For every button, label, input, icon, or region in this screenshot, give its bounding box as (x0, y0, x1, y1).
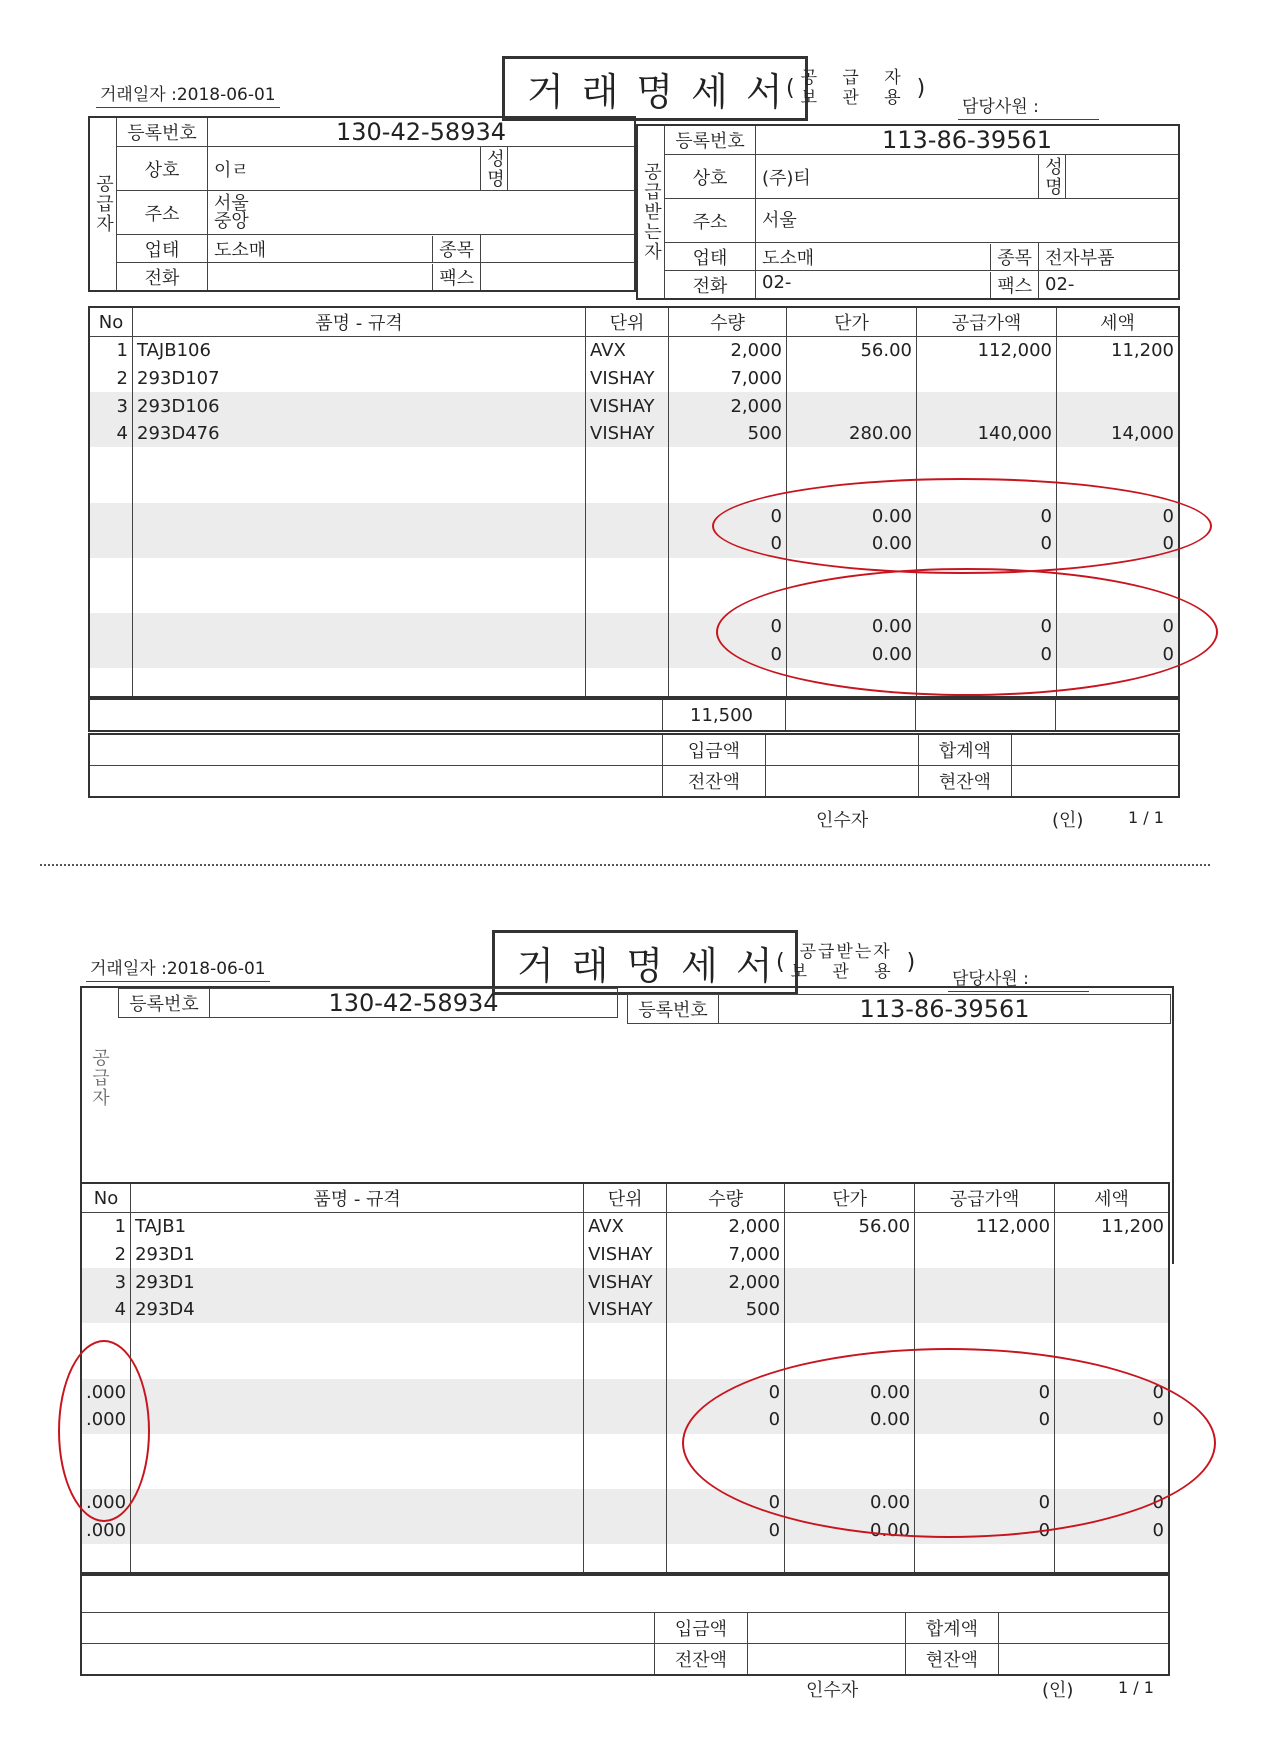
buyer-info: 공급받는자 등록번호 113-86-39561 상호 (주)티 성명 주소 서울… (636, 124, 1180, 300)
empty-cell (81, 1323, 131, 1351)
row-qty: 7,000 (667, 1241, 785, 1269)
empty-cell (915, 1544, 1055, 1573)
row-no: 4 (81, 1296, 131, 1324)
empty-cell (131, 1323, 584, 1351)
row-price: 0.00 (785, 1516, 915, 1544)
reg-no-label: 등록번호 (117, 117, 208, 147)
row-qty: 0 (669, 530, 787, 558)
empty-cell (667, 1461, 785, 1489)
empty-row (89, 558, 1179, 586)
row-price (787, 392, 917, 420)
page-number: 1 / 1 (1128, 808, 1164, 827)
row-no: 2 (81, 1241, 131, 1269)
row-amount (915, 1296, 1055, 1324)
row-price: 56.00 (787, 337, 917, 365)
items-header-row: No 품명 - 규격 단위 수량 단가 공급가액 세액 (89, 307, 1179, 337)
col-tax: 세액 (1055, 1183, 1169, 1213)
buyer-representative (1066, 155, 1180, 199)
empty-cell (1055, 1544, 1169, 1573)
receiver-label: 인수자 (806, 1676, 858, 1702)
col-no: No (81, 1183, 131, 1213)
row-tax: 0 (1057, 503, 1180, 531)
copy-label-line1: 공 급 자 (801, 68, 911, 88)
row-price (785, 1241, 915, 1269)
empty-cell (669, 447, 787, 475)
empty-cell (586, 585, 669, 613)
row-price (785, 1296, 915, 1324)
row-price: 0.00 (787, 640, 917, 668)
col-tax: 세액 (1057, 307, 1180, 337)
empty-cell (915, 1351, 1055, 1379)
row-amount (917, 392, 1057, 420)
close-paren: ) (917, 76, 926, 101)
receiver-label: 인수자 (816, 806, 868, 832)
row-amount: 0 (915, 1489, 1055, 1517)
company-label: 상호 (665, 155, 756, 199)
date-label: 거래일자 : (100, 85, 177, 105)
balance-footer: 입금액 합계액 전잔액 현잔액 (80, 1574, 1170, 1676)
copy-label: ( 공 급 자보 관 용 ) (786, 68, 925, 108)
row-no (89, 613, 133, 641)
table-row: 1TAJB1AVX2,00056.00112,00011,200 (81, 1213, 1169, 1241)
empty-cell (81, 1461, 131, 1489)
empty-cell (1057, 585, 1180, 613)
row-tax: 11,200 (1055, 1213, 1169, 1241)
row-qty: 0 (669, 613, 787, 641)
row-amount: 0 (917, 613, 1057, 641)
empty-row (89, 475, 1179, 503)
business-type-label: 업태 (665, 243, 756, 271)
empty-cell (133, 558, 586, 586)
empty-cell (785, 1351, 915, 1379)
empty-cell (81, 1351, 131, 1379)
deposit-label: 입금액 (663, 734, 766, 766)
row-amount (915, 1268, 1055, 1296)
row-qty: 0 (667, 1406, 785, 1434)
row-unit (586, 503, 669, 531)
row-tax (1055, 1268, 1169, 1296)
row-item (131, 1406, 584, 1434)
supplier-address: 서울 중앙 (208, 191, 636, 235)
row-tax: 0 (1055, 1516, 1169, 1544)
row-no: .000 (81, 1516, 131, 1544)
row-no (89, 640, 133, 668)
empty-cell (917, 668, 1057, 697)
empty-cell (131, 1351, 584, 1379)
row-qty: 0 (667, 1516, 785, 1544)
empty-cell (917, 475, 1057, 503)
reg-no-label: 등록번호 (628, 995, 719, 1024)
copy-label-line2: 보 관 용 (801, 88, 911, 108)
empty-cell (917, 585, 1057, 613)
row-unit: VISHAY (584, 1268, 667, 1296)
empty-cell (584, 1461, 667, 1489)
phone-label: 전화 (665, 271, 756, 300)
row-item (133, 640, 586, 668)
phone-label: 전화 (117, 263, 208, 292)
row-tax: 0 (1055, 1379, 1169, 1407)
amount-total (916, 699, 1056, 731)
empty-cell (785, 1434, 915, 1462)
address-line1: 서울 (214, 195, 628, 213)
empty-row (81, 1323, 1169, 1351)
invoice-copy-supplier: 거래일자 :2018-06-01 거래명세서 ( 공 급 자보 관 용 ) 담당… (0, 0, 1275, 840)
empty-cell (89, 475, 133, 503)
row-unit (586, 530, 669, 558)
row-item: 293D4 (131, 1296, 584, 1324)
row-amount: 0 (915, 1516, 1055, 1544)
col-price: 단가 (785, 1183, 915, 1213)
supplier-business-type: 도소매 종목 (208, 235, 481, 263)
row-amount: 0 (915, 1406, 1055, 1434)
row-qty: 2,000 (667, 1268, 785, 1296)
empty-cell (584, 1544, 667, 1573)
price-total-blank (786, 699, 916, 731)
empty-cell (586, 447, 669, 475)
supplier-reg-no: 130-42-58934 (208, 117, 636, 147)
tax-total (1056, 699, 1180, 731)
row-no: 1 (89, 337, 133, 365)
empty-cell (785, 1323, 915, 1351)
buyer-reg-no: 113-86-39561 (756, 125, 1180, 155)
row-item (133, 613, 586, 641)
empty-cell (133, 668, 586, 697)
empty-cell (81, 1434, 131, 1462)
supplier-reg-no: 130-42-58934 (210, 989, 618, 1018)
empty-row (89, 668, 1179, 697)
empty-cell (787, 475, 917, 503)
col-unit: 단위 (584, 1183, 667, 1213)
row-item: 293D476 (133, 420, 586, 448)
supplier-info: 공급자 등록번호 130-42-58934 상호 이ㄹ 성명 주소 서울 중앙 … (88, 116, 636, 292)
empty-cell (1055, 1434, 1169, 1462)
supplier-item (481, 235, 636, 263)
row-qty: 2,000 (667, 1213, 785, 1241)
row-unit: AVX (584, 1213, 667, 1241)
current-balance-label: 현잔액 (906, 1644, 999, 1676)
business-type-label: 업태 (117, 235, 208, 263)
date-value: 2018-06-01 (177, 85, 276, 105)
deposit-value (766, 734, 919, 766)
buyer-phone: 02- 팩스 (756, 271, 1039, 300)
row-amount (917, 365, 1057, 393)
row-tax: 0 (1057, 613, 1180, 641)
empty-cell (586, 668, 669, 697)
manager-field: 담당사원 : (958, 92, 1099, 120)
sum-label: 합계액 (919, 734, 1012, 766)
footer-blank (89, 766, 663, 798)
items-header-row: No 품명 - 규격 단위 수량 단가 공급가액 세액 (81, 1183, 1169, 1213)
empty-cell (1057, 558, 1180, 586)
prev-balance-value (766, 766, 919, 798)
empty-cell (915, 1434, 1055, 1462)
empty-cell (787, 585, 917, 613)
row-qty: 2,000 (669, 392, 787, 420)
col-item: 품명 - 규격 (131, 1183, 584, 1213)
empty-cell (81, 1544, 131, 1573)
row-unit: AVX (586, 337, 669, 365)
row-price (787, 365, 917, 393)
document-title: 거래명세서 (502, 56, 808, 121)
row-tax: 0 (1057, 640, 1180, 668)
col-item: 품명 - 규격 (133, 307, 586, 337)
row-qty: 0 (667, 1379, 785, 1407)
current-balance-value (999, 1644, 1170, 1676)
row-qty: 500 (667, 1296, 785, 1324)
empty-cell (785, 1461, 915, 1489)
empty-cell (1055, 1461, 1169, 1489)
col-amount: 공급가액 (915, 1183, 1055, 1213)
reg-no-label: 등록번호 (119, 989, 210, 1018)
fax-label: 팩스 (432, 264, 480, 290)
date-label: 거래일자 : (90, 959, 167, 979)
col-unit: 단위 (586, 307, 669, 337)
row-qty: 0 (669, 503, 787, 531)
table-row: 1TAJB106AVX2,00056.00112,00011,200 (89, 337, 1179, 365)
row-item (131, 1489, 584, 1517)
supplier-phone: 팩스 (208, 263, 481, 292)
row-price: 0.00 (785, 1379, 915, 1407)
buyer-reg-no: 113-86-39561 (719, 995, 1171, 1024)
empty-cell (1057, 447, 1180, 475)
deposit-label: 입금액 (655, 1613, 748, 1644)
col-qty: 수량 (667, 1183, 785, 1213)
row-qty: 7,000 (669, 365, 787, 393)
row-price: 56.00 (785, 1213, 915, 1241)
row-price: 0.00 (787, 613, 917, 641)
zero-row: .00000.0000 (81, 1379, 1169, 1407)
row-unit (584, 1516, 667, 1544)
row-tax: 0 (1055, 1406, 1169, 1434)
company-label: 상호 (117, 147, 208, 191)
col-price: 단가 (787, 307, 917, 337)
supplier-section-label: 공급자 (86, 1048, 112, 1108)
row-price: 280.00 (787, 420, 917, 448)
address-label: 주소 (117, 191, 208, 235)
totals-blank (89, 699, 663, 731)
buyer-fax: 02- (1039, 271, 1180, 300)
prev-balance-label: 전잔액 (655, 1644, 748, 1676)
row-item: 293D1 (131, 1268, 584, 1296)
open-paren: ( (776, 950, 785, 975)
empty-row (81, 1461, 1169, 1489)
row-price: 0.00 (785, 1406, 915, 1434)
reg-no-label: 등록번호 (665, 125, 756, 155)
empty-cell (131, 1434, 584, 1462)
row-no: .000 (81, 1489, 131, 1517)
row-unit (584, 1489, 667, 1517)
table-row: 4293D476VISHAY500280.00140,00014,000 (89, 420, 1179, 448)
buyer-address: 서울 (756, 199, 1180, 243)
empty-cell (669, 558, 787, 586)
row-amount: 112,000 (915, 1213, 1055, 1241)
empty-cell (787, 668, 917, 697)
copy-label-line2: 보 관 용 (791, 962, 901, 982)
name-label: 성명 (481, 147, 508, 191)
supplier-section-label: 공급자 (89, 117, 117, 291)
empty-cell (584, 1351, 667, 1379)
row-tax: 0 (1057, 530, 1180, 558)
empty-row (81, 1544, 1169, 1573)
row-tax (1057, 392, 1180, 420)
row-tax (1057, 365, 1180, 393)
name-label: 성명 (1039, 155, 1066, 199)
address-line1: 서울 (762, 212, 1172, 230)
empty-cell (1057, 668, 1180, 697)
totals-blank (81, 1575, 1169, 1613)
zero-row: .00000.0000 (81, 1516, 1169, 1544)
row-item (131, 1379, 584, 1407)
buyer-item: 전자부품 (1039, 243, 1180, 271)
supplier-representative (508, 147, 636, 191)
address-label: 주소 (665, 199, 756, 243)
current-balance-value (1012, 766, 1180, 798)
item-label: 종목 (432, 236, 480, 262)
supplier-fax (481, 263, 636, 292)
empty-cell (917, 558, 1057, 586)
row-unit: VISHAY (584, 1296, 667, 1324)
row-no (89, 530, 133, 558)
footer-blank (81, 1613, 655, 1644)
prev-balance-label: 전잔액 (663, 766, 766, 798)
row-price (785, 1268, 915, 1296)
items-table: No 품명 - 규격 단위 수량 단가 공급가액 세액 1TAJB1AVX2,0… (80, 1182, 1170, 1574)
table-row: 2293D1VISHAY7,000 (81, 1241, 1169, 1269)
zero-row: 00.0000 (89, 530, 1179, 558)
empty-cell (669, 585, 787, 613)
row-unit: VISHAY (586, 365, 669, 393)
row-item: TAJB1 (131, 1213, 584, 1241)
transaction-date: 거래일자 :2018-06-01 (86, 954, 270, 982)
address-line2: 중앙 (214, 213, 628, 231)
row-qty: 500 (669, 420, 787, 448)
zero-row: .00000.0000 (81, 1489, 1169, 1517)
zero-row: .00000.0000 (81, 1406, 1169, 1434)
footer-blank (89, 734, 663, 766)
empty-cell (89, 668, 133, 697)
empty-cell (787, 447, 917, 475)
row-item (131, 1516, 584, 1544)
buyer-company: (주)티 (756, 155, 1039, 199)
empty-cell (785, 1544, 915, 1573)
empty-cell (1055, 1351, 1169, 1379)
balance-footer: 입금액 합계액 전잔액 현잔액 (88, 733, 1180, 798)
row-qty: 0 (667, 1489, 785, 1517)
empty-cell (133, 475, 586, 503)
row-unit (586, 640, 669, 668)
transaction-date: 거래일자 :2018-06-01 (96, 80, 280, 108)
empty-cell (669, 475, 787, 503)
row-no (89, 503, 133, 531)
item-label: 종목 (990, 244, 1038, 270)
row-unit (586, 613, 669, 641)
row-no: 3 (89, 392, 133, 420)
empty-cell (89, 447, 133, 475)
row-amount: 0 (917, 530, 1057, 558)
close-paren: ) (907, 950, 916, 975)
empty-cell (586, 475, 669, 503)
row-no: 4 (89, 420, 133, 448)
empty-cell (915, 1461, 1055, 1489)
row-item: 293D106 (133, 392, 586, 420)
empty-row (81, 1434, 1169, 1462)
empty-cell (133, 447, 586, 475)
table-row: 2293D107VISHAY7,000 (89, 365, 1179, 393)
row-amount: 140,000 (917, 420, 1057, 448)
seal-label: (인) (1042, 1676, 1073, 1702)
empty-cell (669, 668, 787, 697)
empty-row (89, 585, 1179, 613)
empty-cell (131, 1544, 584, 1573)
table-row: 4293D4VISHAY500 (81, 1296, 1169, 1324)
row-amount: 0 (917, 640, 1057, 668)
deposit-value (748, 1613, 906, 1644)
page-number: 1 / 1 (1118, 1678, 1154, 1697)
seal-label: (인) (1052, 806, 1083, 832)
buyer-reg-row: 등록번호 113-86-39561 (627, 994, 1171, 1024)
row-no: 3 (81, 1268, 131, 1296)
row-qty: 2,000 (669, 337, 787, 365)
zero-row: 00.0000 (89, 640, 1179, 668)
empty-cell (89, 558, 133, 586)
totals-footer: 11,500 (88, 698, 1180, 732)
table-row: 3293D1VISHAY2,000 (81, 1268, 1169, 1296)
row-item (133, 503, 586, 531)
row-price: 0.00 (787, 530, 917, 558)
row-item: 293D107 (133, 365, 586, 393)
empty-cell (89, 585, 133, 613)
row-item: 293D1 (131, 1241, 584, 1269)
copy-label-line1: 공급받는자 (791, 942, 901, 962)
row-unit (584, 1379, 667, 1407)
row-unit: VISHAY (586, 420, 669, 448)
invoice-copy-buyer: 거래일자 :2018-06-01 거래명세서 ( 공급받는자보 관 용 ) 담당… (0, 880, 1275, 1750)
col-qty: 수량 (669, 307, 787, 337)
empty-cell (667, 1323, 785, 1351)
row-tax (1055, 1296, 1169, 1324)
empty-cell (586, 558, 669, 586)
empty-cell (917, 447, 1057, 475)
empty-cell (133, 585, 586, 613)
row-tax: 11,200 (1057, 337, 1180, 365)
copy-label: ( 공급받는자보 관 용 ) (776, 942, 915, 982)
row-price: 0.00 (785, 1489, 915, 1517)
row-amount (915, 1241, 1055, 1269)
empty-cell (584, 1434, 667, 1462)
sum-value (1012, 734, 1180, 766)
sum-value (999, 1613, 1170, 1644)
empty-row (89, 447, 1179, 475)
row-amount: 0 (917, 503, 1057, 531)
zero-row: 00.0000 (89, 503, 1179, 531)
row-item: TAJB106 (133, 337, 586, 365)
row-amount: 112,000 (917, 337, 1057, 365)
row-tax: 0 (1055, 1489, 1169, 1517)
empty-cell (131, 1461, 584, 1489)
empty-row (81, 1351, 1169, 1379)
date-value: 2018-06-01 (167, 959, 266, 979)
row-tax (1055, 1241, 1169, 1269)
zero-row: 00.0000 (89, 613, 1179, 641)
buyer-business-type: 도소매 종목 (756, 243, 1039, 271)
col-amount: 공급가액 (917, 307, 1057, 337)
fax-label: 팩스 (990, 272, 1038, 298)
row-no: 1 (81, 1213, 131, 1241)
empty-cell (787, 558, 917, 586)
row-unit (584, 1406, 667, 1434)
empty-cell (667, 1351, 785, 1379)
row-price: 0.00 (787, 503, 917, 531)
